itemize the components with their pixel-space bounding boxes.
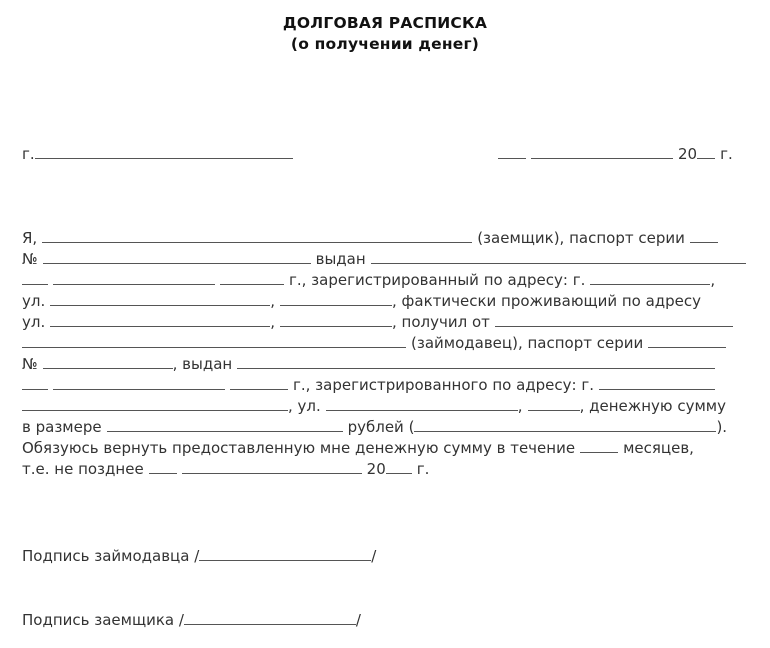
line-9: , ул. , , денежную сумму: [22, 395, 726, 415]
borrower-issued-by-field[interactable]: [371, 262, 746, 264]
lender-issue-day-field[interactable]: [22, 388, 48, 390]
borrower-actual-house-field[interactable]: [280, 325, 392, 327]
text: ,: [270, 313, 275, 331]
borrower-signature-label: Подпись заемщика /: [22, 611, 184, 629]
lender-issued-by-field[interactable]: [237, 367, 715, 369]
text: /: [356, 611, 361, 629]
line-1: Я, (заемщик), паспорт серии: [22, 227, 718, 247]
line-5: ул. , , получил от: [22, 311, 733, 331]
text: , получил от: [392, 313, 490, 331]
text: месяцев,: [623, 439, 694, 457]
document-subtitle: (о получении денег): [0, 35, 770, 53]
borrower-passport-series-field[interactable]: [690, 241, 718, 243]
text: ул.: [22, 313, 45, 331]
text: ,: [270, 292, 275, 310]
line-12: т.е. не позднее 20 г.: [22, 458, 429, 478]
lender-name-field[interactable]: [495, 325, 733, 327]
lender-reg-street-field[interactable]: [326, 409, 518, 411]
text: , денежную сумму: [580, 397, 726, 415]
text: выдан: [316, 250, 366, 268]
borrower-reg-house-field[interactable]: [280, 304, 392, 306]
lender-reg-city-field[interactable]: [599, 388, 715, 390]
amount-digits-field[interactable]: [107, 430, 343, 432]
city-label: г.: [22, 145, 35, 163]
year-suffix: г.: [720, 145, 733, 163]
borrower-issue-month-field[interactable]: [53, 283, 215, 285]
lender-passport-series-field[interactable]: [648, 346, 726, 348]
amount-words-field[interactable]: [414, 430, 716, 432]
text: , выдан: [173, 355, 233, 373]
text: ,: [518, 397, 523, 415]
text: ).: [716, 418, 727, 436]
text: №: [22, 355, 38, 373]
lender-signature-label: Подпись займодавца /: [22, 547, 199, 565]
lender-issue-year-field[interactable]: [230, 388, 288, 390]
text: г., зарегистрированный по адресу: г.: [289, 271, 585, 289]
borrower-signature-line: Подпись заемщика / /: [22, 609, 361, 629]
lender-name-cont-field[interactable]: [22, 346, 406, 348]
month-field[interactable]: [531, 157, 673, 159]
months-field[interactable]: [580, 451, 618, 453]
borrower-passport-number-field[interactable]: [43, 262, 311, 264]
date-line: 20 г.: [498, 143, 733, 163]
text: , ул.: [288, 397, 321, 415]
line-6: (займодавец), паспорт серии: [22, 332, 726, 352]
document-title: ДОЛГОВАЯ РАСПИСКА: [0, 14, 770, 32]
borrower-issue-year-field[interactable]: [220, 283, 284, 285]
year-field[interactable]: [697, 157, 715, 159]
lender-signature-line: Подпись займодавца / /: [22, 545, 376, 565]
place-line: г.: [22, 143, 293, 163]
year-prefix: 20: [678, 145, 697, 163]
borrower-reg-street-field[interactable]: [50, 304, 270, 306]
text: Обязуюсь вернуть предоставленную мне ден…: [22, 439, 575, 457]
text: г., зарегистрированного по адресу: г.: [293, 376, 594, 394]
day-field[interactable]: [498, 157, 526, 159]
lender-issue-month-field[interactable]: [53, 388, 225, 390]
due-year-field[interactable]: [386, 472, 412, 474]
line-3: г., зарегистрированный по адресу: г. ,: [22, 269, 715, 289]
text: , фактически проживающий по адресу: [392, 292, 701, 310]
borrower-name-field[interactable]: [42, 241, 472, 243]
text: ,: [710, 271, 715, 289]
text: (займодавец), паспорт серии: [411, 334, 643, 352]
text: ул.: [22, 292, 45, 310]
line-7: № , выдан: [22, 353, 715, 373]
due-month-field[interactable]: [182, 472, 362, 474]
lender-signature-field[interactable]: [199, 559, 371, 561]
lender-passport-number-field[interactable]: [43, 367, 173, 369]
text: в размере: [22, 418, 102, 436]
text: №: [22, 250, 38, 268]
text: г.: [417, 460, 430, 478]
line-11: Обязуюсь вернуть предоставленную мне ден…: [22, 437, 694, 457]
due-day-field[interactable]: [149, 472, 177, 474]
text: /: [371, 547, 376, 565]
line-2: № выдан: [22, 248, 746, 268]
text: т.е. не позднее: [22, 460, 144, 478]
text: 20: [367, 460, 386, 478]
borrower-actual-street-field[interactable]: [50, 325, 270, 327]
city-field[interactable]: [35, 157, 293, 159]
text: рублей (: [348, 418, 415, 436]
borrower-signature-field[interactable]: [184, 623, 356, 625]
lender-reg-city-cont-field[interactable]: [22, 409, 288, 411]
text: Я,: [22, 229, 37, 247]
borrower-reg-city-field[interactable]: [590, 283, 710, 285]
line-10: в размере рублей ( ).: [22, 416, 727, 436]
lender-reg-house-field[interactable]: [528, 409, 580, 411]
line-4: ул. , , фактически проживающий по адресу: [22, 290, 701, 310]
line-8: г., зарегистрированного по адресу: г.: [22, 374, 715, 394]
borrower-issue-day-field[interactable]: [22, 283, 48, 285]
text: (заемщик), паспорт серии: [477, 229, 685, 247]
